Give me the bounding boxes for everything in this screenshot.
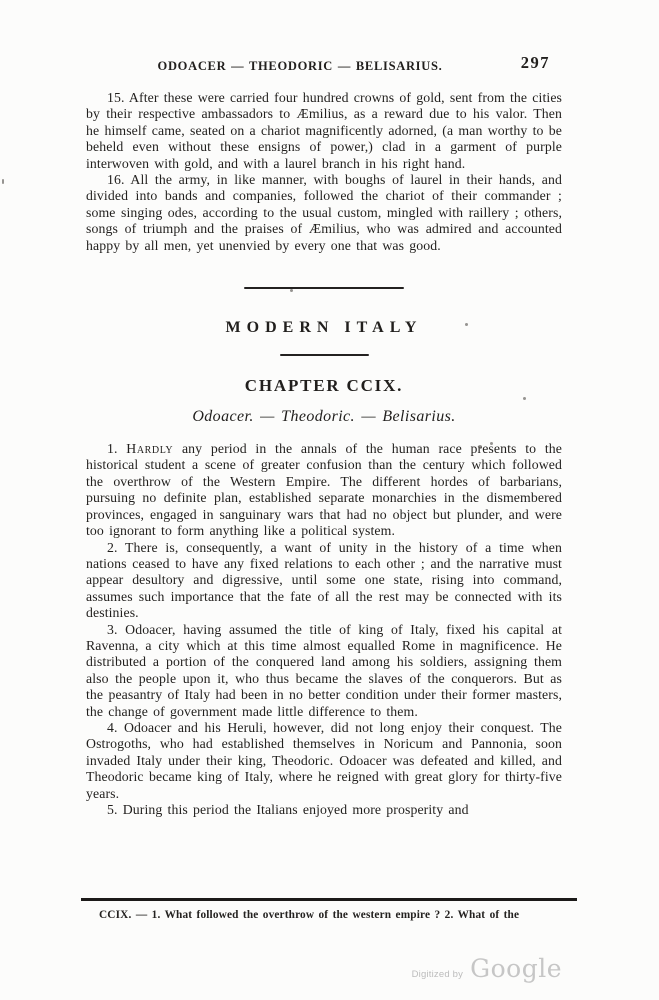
paragraph-1-smallcaps-lead: Hardly — [126, 441, 173, 456]
chapter-subtitle: Odoacer. — Theodoric. — Belisarius. — [86, 408, 562, 426]
top-paragraphs: 15. After these were carried four hundre… — [86, 90, 562, 254]
digitization-watermark: Digitized by Google — [412, 956, 562, 981]
scan-speck — [2, 179, 4, 184]
paragraph-16: 16. All the army, in like manner, with b… — [86, 172, 562, 254]
paragraph-1: 1. Hardly any period in the annals of th… — [86, 441, 562, 539]
running-header: ODOACER — THEODORIC — BELISARIUS. 297 — [86, 57, 562, 74]
section-divider-rule — [244, 287, 404, 289]
chapter-heading: CHAPTER CCIX. — [86, 376, 562, 396]
paragraph-2: 2. There is, consequently, a want of uni… — [86, 540, 562, 622]
section-title: MODERN ITALY — [86, 319, 562, 337]
scan-speck — [478, 445, 482, 449]
paragraph-15: 15. After these were carried four hundre… — [86, 90, 562, 172]
title-divider-rule — [280, 354, 369, 356]
footnote-section: CCIX. — 1. What followed the overthrow o… — [86, 898, 562, 921]
paragraph-5: 5. During this period the Italians enjoy… — [86, 802, 562, 818]
running-header-title: ODOACER — THEODORIC — BELISARIUS. — [158, 59, 443, 73]
scan-speck — [465, 323, 468, 326]
digitized-by-label: Digitized by — [412, 969, 464, 980]
paragraph-1-number: 1. — [107, 441, 126, 456]
paragraph-4: 4. Odoacer and his Heruli, however, did … — [86, 720, 562, 802]
chapter-paragraphs: 1. Hardly any period in the annals of th… — [86, 441, 562, 818]
scan-speck — [290, 289, 293, 292]
footnote-rule — [81, 898, 577, 901]
text-column: ODOACER — THEODORIC — BELISARIUS. 297 15… — [86, 0, 562, 818]
footnote-questions: CCIX. — 1. What followed the overthrow o… — [86, 909, 562, 921]
google-logo: Google — [470, 956, 562, 981]
scan-speck — [490, 442, 493, 445]
page-number: 297 — [521, 53, 550, 73]
paragraph-3: 3. Odoacer, having assumed the title of … — [86, 622, 562, 720]
scan-speck — [523, 397, 526, 400]
book-page-scan: ODOACER — THEODORIC — BELISARIUS. 297 15… — [0, 0, 659, 1000]
